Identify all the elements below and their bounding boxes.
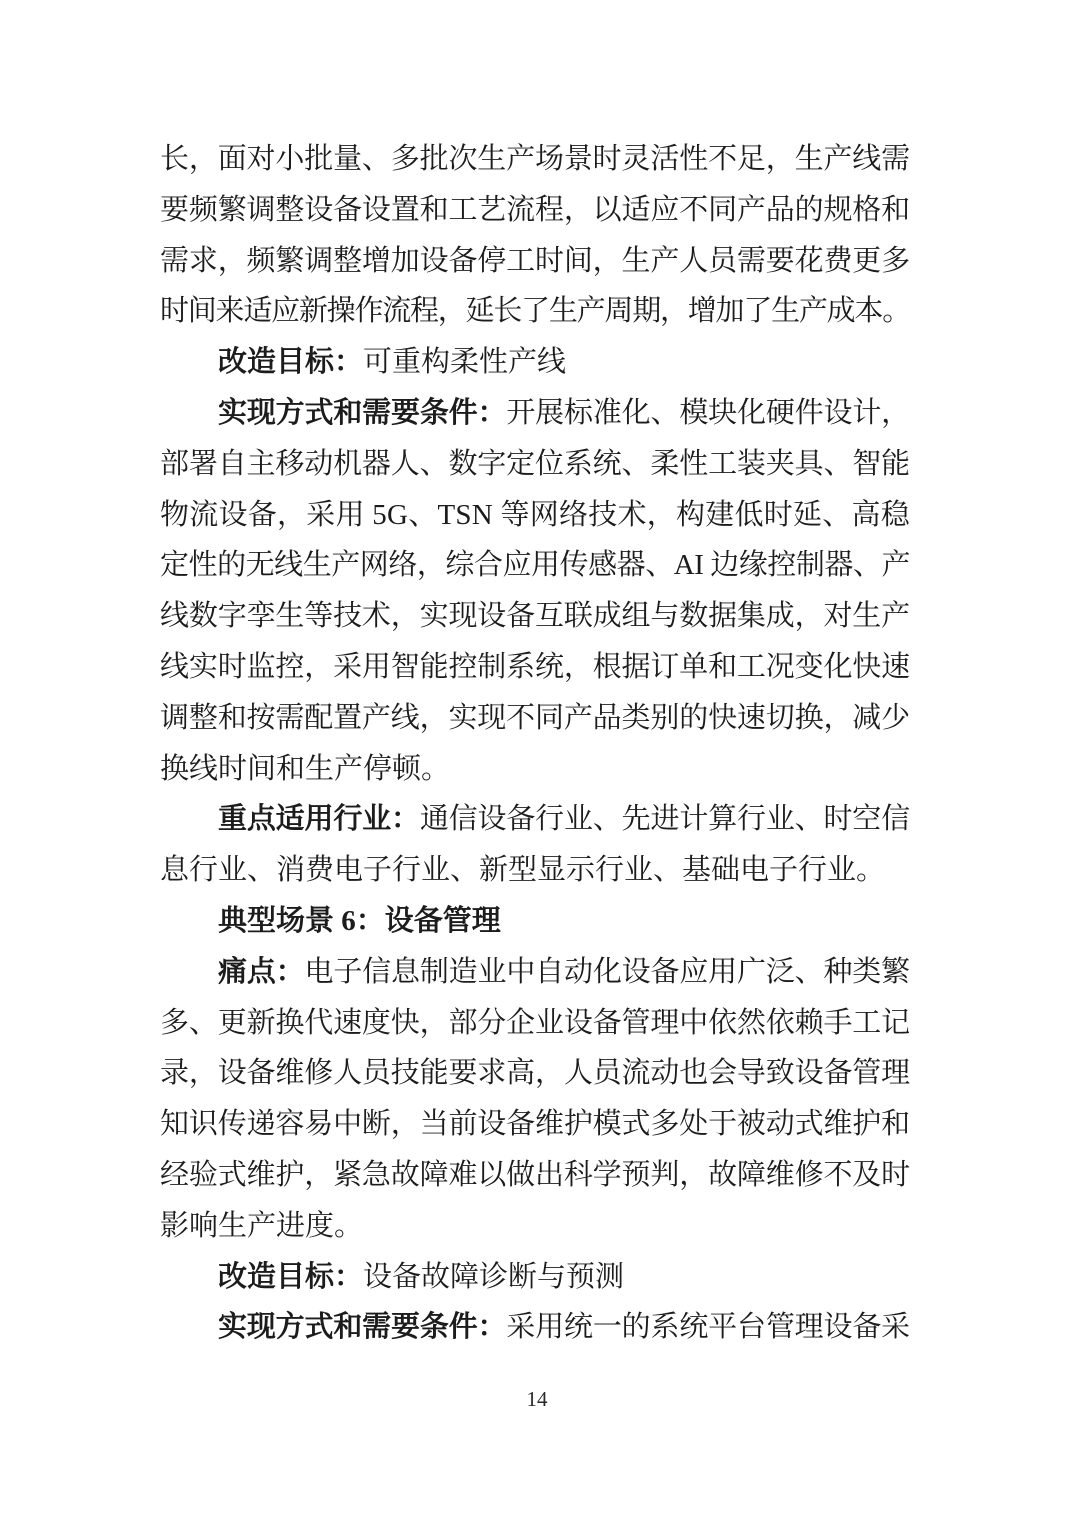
text-run: 物流设备，采用 5G、TSN 等网络技术，构建低时延、高稳 [160,499,910,531]
text-run: 设备故障诊断与预测 [363,1261,624,1293]
text-line: 长，面对小批量、多批次生产场景时灵活性不足，生产线需 [160,134,910,185]
text-run: 线数字孪生等技术，实现设备互联成组与数据集成，对生产 [160,600,910,632]
text-run: 开展标准化、模块化硬件设计， [506,397,910,429]
text-run: 知识传递容易中断，当前设备维护模式多处于被动式维护和 [160,1108,910,1140]
text-line: 经验式维护，紧急故障难以做出科学预判，故障维修不及时 [160,1150,910,1201]
text-run: 息行业、消费电子行业、新型显示行业、基础电子行业。 [160,854,885,886]
text-run: 要频繁调整设备设置和工艺流程，以适应不同产品的规格和 [160,194,910,226]
page-footer: 14 [0,1387,1074,1412]
text-line: 需求，频繁调整增加设备停工时间，生产人员需要花费更多 [160,236,910,287]
text-run: 线实时监控，采用智能控制系统，根据订单和工况变化快速 [160,651,910,683]
text-line-content: 换线时间和生产停顿。 [160,753,450,785]
text-run: 调整和按需配置产线，实现不同产品类别的快速切换，减少 [160,702,910,734]
text-line-content: 息行业、消费电子行业、新型显示行业、基础电子行业。 [160,854,885,886]
text-line: 改造目标：设备故障诊断与预测 [160,1252,910,1303]
bold-text-run: 重点适用行业： [218,803,420,835]
text-line-content: 经验式维护，紧急故障难以做出科学预判，故障维修不及时 [160,1159,910,1191]
text-line-content: 实现方式和需要条件：开展标准化、模块化硬件设计， [218,397,910,429]
text-line: 多、更新换代速度快，部分企业设备管理中依然依赖手工记 [160,998,910,1049]
text-run: 电子信息制造业中自动化设备应用广泛、种类繁 [305,956,910,988]
text-line-content: 部署自主移动机器人、数字定位系统、柔性工装夹具、智能 [160,448,910,480]
text-run: 采用统一的系统平台管理设备采 [506,1311,910,1343]
text-run: 时间来适应新操作流程，延长了生产周期，增加了生产成本。 [160,295,910,327]
text-line: 典型场景 6：设备管理 [160,896,910,947]
text-run: 需求，频繁调整增加设备停工时间，生产人员需要花费更多 [160,245,910,277]
text-line: 息行业、消费电子行业、新型显示行业、基础电子行业。 [160,845,910,896]
text-line-content: 改造目标：设备故障诊断与预测 [218,1261,624,1293]
bold-text-run: 典型场景 6：设备管理 [218,905,501,937]
text-line-content: 知识传递容易中断，当前设备维护模式多处于被动式维护和 [160,1108,910,1140]
text-line: 实现方式和需要条件：采用统一的系统平台管理设备采 [160,1302,910,1353]
text-run: 通信设备行业、先进计算行业、时空信 [420,803,910,835]
text-run: 换线时间和生产停顿。 [160,753,450,785]
text-line: 改造目标：可重构柔性产线 [160,337,910,388]
text-line-content: 长，面对小批量、多批次生产场景时灵活性不足，生产线需 [160,143,910,175]
text-run: 可重构柔性产线 [363,346,566,378]
page-number: 14 [527,1387,548,1411]
bold-text-run: 改造目标： [218,1261,363,1293]
text-run: 经验式维护，紧急故障难以做出科学预判，故障维修不及时 [160,1159,910,1191]
bold-text-run: 实现方式和需要条件： [218,1311,506,1343]
text-line-content: 需求，频繁调整增加设备停工时间，生产人员需要花费更多 [160,245,910,277]
text-line-content: 多、更新换代速度快，部分企业设备管理中依然依赖手工记 [160,1007,910,1039]
text-line: 定性的无线生产网络，综合应用传感器、AI 边缘控制器、产 [160,540,910,591]
text-line-content: 典型场景 6：设备管理 [218,905,501,937]
text-line: 线实时监控，采用智能控制系统，根据订单和工况变化快速 [160,642,910,693]
text-run: 定性的无线生产网络，综合应用传感器、AI 边缘控制器、产 [160,549,910,581]
document-body: 长，面对小批量、多批次生产场景时灵活性不足，生产线需要频繁调整设备设置和工艺流程… [160,134,910,1353]
text-line-content: 改造目标：可重构柔性产线 [218,346,566,378]
text-line: 调整和按需配置产线，实现不同产品类别的快速切换，减少 [160,693,910,744]
text-run: 影响生产进度。 [160,1210,363,1242]
text-line: 部署自主移动机器人、数字定位系统、柔性工装夹具、智能 [160,439,910,490]
text-line-content: 要频繁调整设备设置和工艺流程，以适应不同产品的规格和 [160,194,910,226]
text-line: 线数字孪生等技术，实现设备互联成组与数据集成，对生产 [160,591,910,642]
text-line: 录，设备维修人员技能要求高，人员流动也会导致设备管理 [160,1048,910,1099]
text-line-content: 时间来适应新操作流程，延长了生产周期，增加了生产成本。 [160,295,910,327]
text-line: 物流设备，采用 5G、TSN 等网络技术，构建低时延、高稳 [160,490,910,541]
text-run: 录，设备维修人员技能要求高，人员流动也会导致设备管理 [160,1057,910,1089]
text-line-content: 重点适用行业：通信设备行业、先进计算行业、时空信 [218,803,910,835]
bold-text-run: 改造目标： [218,346,363,378]
text-line: 重点适用行业：通信设备行业、先进计算行业、时空信 [160,794,910,845]
text-line: 要频繁调整设备设置和工艺流程，以适应不同产品的规格和 [160,185,910,236]
bold-text-run: 实现方式和需要条件： [218,397,506,429]
text-line-content: 线数字孪生等技术，实现设备互联成组与数据集成，对生产 [160,600,910,632]
text-line-content: 实现方式和需要条件：采用统一的系统平台管理设备采 [218,1311,910,1343]
text-line: 时间来适应新操作流程，延长了生产周期，增加了生产成本。 [160,286,910,337]
text-line-content: 物流设备，采用 5G、TSN 等网络技术，构建低时延、高稳 [160,499,910,531]
text-run: 多、更新换代速度快，部分企业设备管理中依然依赖手工记 [160,1007,910,1039]
text-line-content: 线实时监控，采用智能控制系统，根据订单和工况变化快速 [160,651,910,683]
text-line-content: 定性的无线生产网络，综合应用传感器、AI 边缘控制器、产 [160,549,910,581]
text-line: 知识传递容易中断，当前设备维护模式多处于被动式维护和 [160,1099,910,1150]
text-line: 换线时间和生产停顿。 [160,744,910,795]
bold-text-run: 痛点： [218,956,305,988]
text-line: 痛点：电子信息制造业中自动化设备应用广泛、种类繁 [160,947,910,998]
text-run: 长，面对小批量、多批次生产场景时灵活性不足，生产线需 [160,143,910,175]
text-line: 影响生产进度。 [160,1201,910,1252]
text-line-content: 影响生产进度。 [160,1210,363,1242]
text-line-content: 调整和按需配置产线，实现不同产品类别的快速切换，减少 [160,702,910,734]
text-line-content: 录，设备维修人员技能要求高，人员流动也会导致设备管理 [160,1057,910,1089]
text-run: 部署自主移动机器人、数字定位系统、柔性工装夹具、智能 [160,448,910,480]
text-line-content: 痛点：电子信息制造业中自动化设备应用广泛、种类繁 [218,956,910,988]
document-page: 长，面对小批量、多批次生产场景时灵活性不足，生产线需要频繁调整设备设置和工艺流程… [0,0,1074,1520]
text-line: 实现方式和需要条件：开展标准化、模块化硬件设计， [160,388,910,439]
